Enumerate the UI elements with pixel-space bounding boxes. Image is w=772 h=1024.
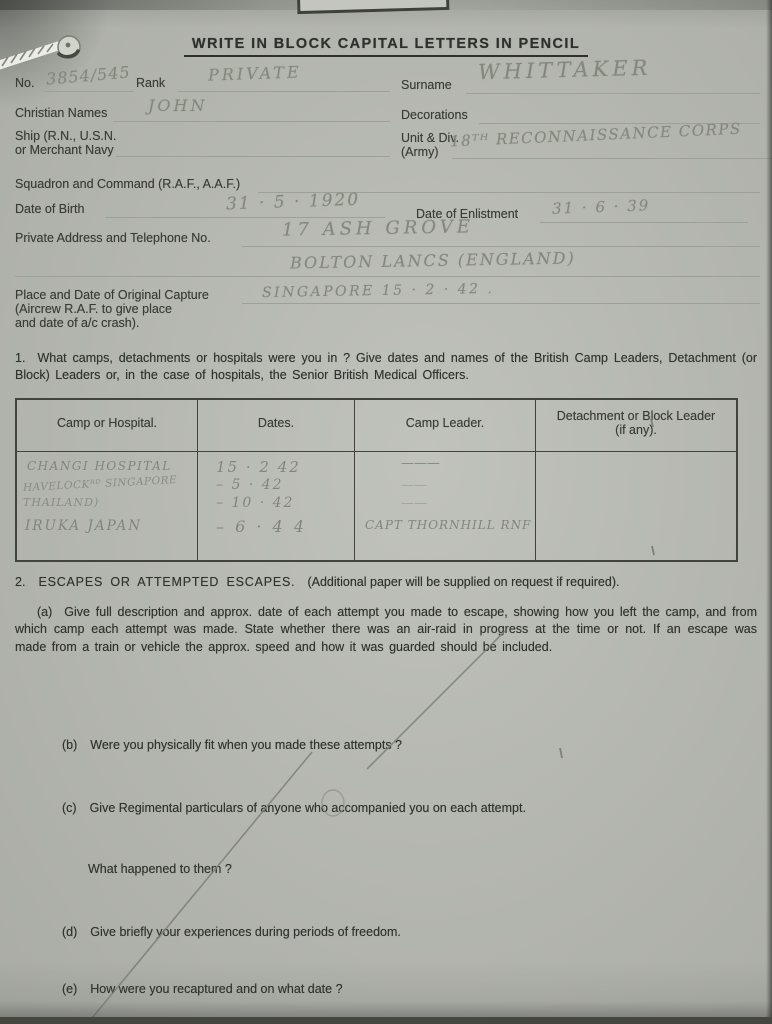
question-1: 1.What camps, detachments or hospitals w… (15, 350, 757, 385)
address-value-line1: 17 ASH GROVE (282, 216, 474, 240)
question-2d-text: Give briefly your experiences during per… (90, 925, 401, 939)
camp-entry: CHANGI HOSPITAL (27, 459, 172, 473)
surname-field-line (466, 93, 760, 94)
date-of-enlistment-value: 31 · 6 · 39 (552, 196, 651, 217)
camps-table-header-leader: Camp Leader. (355, 400, 536, 452)
scan-edge-bottom (0, 1017, 772, 1024)
question-2-note: (Additional paper will be supplied on re… (307, 575, 619, 589)
ship-label-line1: Ship (R.N., U.S.N. (15, 129, 116, 143)
stamp-box (297, 0, 450, 14)
camps-table-col-camp: CHANGI HOSPITAL HAVELOCKᴿᴰ SINGAPORE THA… (17, 452, 198, 560)
address-value-line2: BOLTON LANCS (ENGLAND) (290, 249, 576, 273)
capture-field-line (242, 303, 760, 304)
private-address-label: Private Address and Telephone No. (15, 231, 211, 245)
question-2e-text: How were you recaptured and on what date… (90, 982, 342, 996)
leader-entry: ——— (401, 456, 440, 471)
squadron-label: Squadron and Command (R.A.F., A.A.F.) (15, 177, 240, 191)
question-2c-followup-text: What happened to them ? (88, 862, 232, 876)
camps-table: Camp or Hospital. Dates. Camp Leader. De… (15, 398, 738, 562)
dates-entry: – 10 · 42 (216, 495, 294, 511)
no-value: 3854/545 (45, 62, 131, 88)
camps-table-col-leader: ——— —— —— CAPT THORNHILL RNF (355, 452, 536, 560)
ship-field-line (116, 156, 390, 157)
capture-label-line3: and date of a/c crash). (15, 316, 139, 330)
question-2d-label: (d) (62, 925, 77, 939)
scan-edge-bottom-soft (0, 1001, 772, 1017)
surname-label: Surname (401, 78, 452, 92)
date-of-birth-label: Date of Birth (15, 202, 84, 216)
camps-table-header-dates: Dates. (198, 400, 355, 452)
unit-div-label-line2: (Army) (401, 145, 439, 159)
surname-value: WHITTAKER (478, 56, 652, 85)
leader-entry: CAPT THORNHILL RNF (365, 518, 531, 532)
rank-value: PRIVATE (208, 62, 302, 84)
rank-field-line (178, 91, 390, 92)
question-2a-label: (a) (37, 605, 52, 619)
rank-label: Rank (136, 76, 165, 90)
question-2-heading: 2.ESCAPES OR ATTEMPTED ESCAPES.(Addition… (15, 575, 757, 589)
scan-edge-right (766, 0, 772, 1024)
capture-label-line2: (Aircrew R.A.F. to give place (15, 302, 172, 316)
leader-entry: —— (401, 478, 427, 493)
question-2c-label: (c) (62, 801, 77, 815)
question-2b-label: (b) (62, 738, 77, 752)
capture-value: SINGAPORE 15 · 2 · 42 . (262, 281, 495, 301)
camp-entry: THAILAND) (23, 496, 99, 509)
question-2b: (b)Were you physically fit when you made… (62, 738, 402, 752)
question-2a: (a)Give full description and approx. dat… (15, 604, 757, 656)
no-field-line (44, 91, 134, 92)
christian-names-field-line (113, 121, 390, 122)
dates-entry: 15 · 2 42 (216, 458, 301, 476)
camps-table-header-camp: Camp or Hospital. (17, 400, 198, 452)
address-field-line1 (242, 246, 760, 247)
camp-entry: IRUKA JAPAN (25, 518, 142, 534)
camps-table-col-dates: 15 · 2 42 – 5 · 42 – 10 · 42 – 6 · 4 4 (198, 452, 355, 560)
decorations-label: Decorations (401, 108, 468, 122)
question-1-text: What camps, detachments or hospitals wer… (15, 351, 757, 382)
question-2c-followup: What happened to them ? (88, 862, 232, 876)
christian-names-label: Christian Names (15, 106, 107, 120)
form-heading: WRITE IN BLOCK CAPITAL LETTERS IN PENCIL (0, 35, 772, 57)
question-2c-text: Give Regimental particulars of anyone wh… (90, 801, 526, 815)
unit-div-field-line (452, 158, 772, 159)
form-heading-text: WRITE IN BLOCK CAPITAL LETTERS IN PENCIL (184, 36, 588, 57)
leader-entry: —— (401, 496, 427, 511)
question-2-title: ESCAPES OR ATTEMPTED ESCAPES. (38, 575, 295, 589)
question-2e: (e)How were you recaptured and on what d… (62, 982, 343, 996)
camps-table-col-block (536, 452, 736, 560)
dates-entry: – 5 · 42 (216, 477, 284, 493)
question-1-number: 1. (15, 351, 25, 365)
question-2b-text: Were you physically fit when you made th… (90, 738, 402, 752)
question-2d: (d)Give briefly your experiences during … (62, 925, 401, 939)
question-2-number: 2. (15, 575, 25, 589)
christian-names-value: JOHN (148, 96, 207, 115)
unit-div-value: 18ᵀᴴ RECONNAISSANCE CORPS (450, 120, 742, 151)
camp-entry: HAVELOCKᴿᴰ SINGAPORE (23, 474, 178, 494)
address-field-line2 (15, 276, 760, 277)
pow-questionnaire-form: WRITE IN BLOCK CAPITAL LETTERS IN PENCIL… (0, 0, 772, 1024)
capture-label-line1: Place and Date of Original Capture (15, 288, 209, 302)
dates-entry: – 6 · 4 4 (216, 517, 307, 536)
question-2c: (c)Give Regimental particulars of anyone… (62, 801, 526, 815)
question-2e-label: (e) (62, 982, 77, 996)
pencil-strike-lines (88, 631, 505, 1023)
ship-label-line2: or Merchant Navy (15, 143, 114, 157)
no-label: No. (15, 76, 34, 90)
camps-table-header-block: Detachment or Block Leader (if any). (536, 400, 736, 452)
question-2a-text: Give full description and approx. date o… (15, 605, 757, 654)
date-of-enlistment-field-line (540, 222, 748, 223)
date-of-birth-value: 31 · 5 · 1920 (226, 190, 361, 215)
